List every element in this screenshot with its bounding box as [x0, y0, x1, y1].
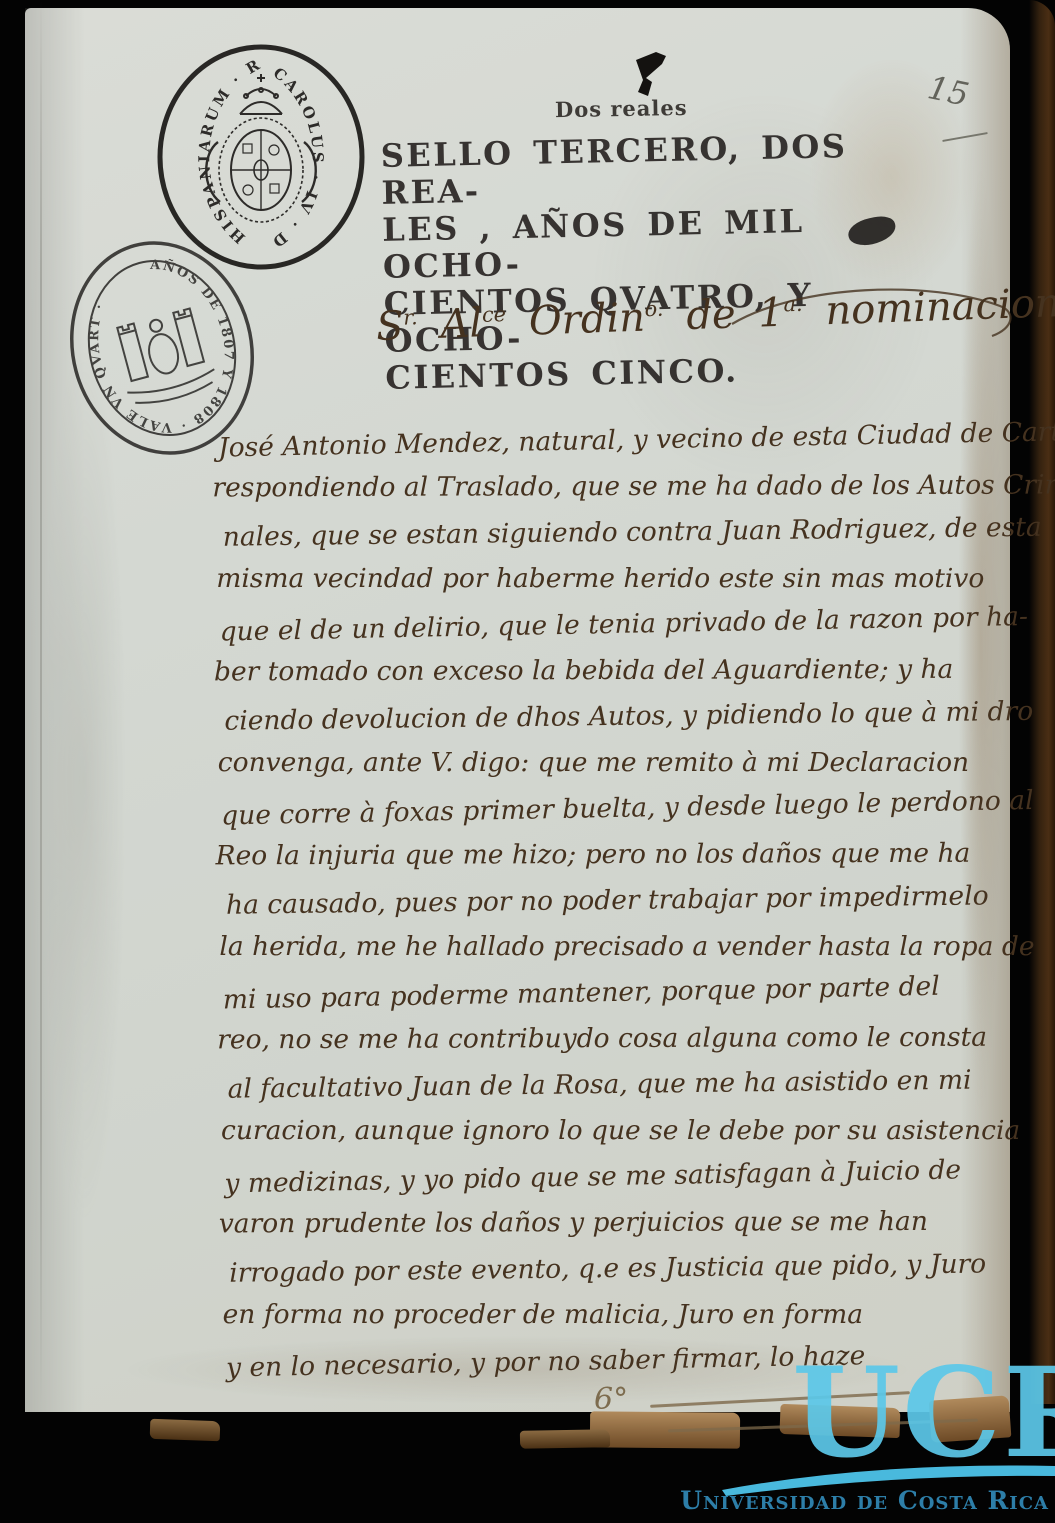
- castle-arms-icon: [111, 306, 219, 409]
- salutation-flourish: [730, 278, 1020, 348]
- scanned-manuscript-photo: CAROLUS · IV · D · G · HISPANIARUM · REX…: [0, 0, 1055, 1523]
- manuscript-line: nales, que se estan siguiendo contra Jua…: [213, 505, 1008, 561]
- manuscript-line: misma vecindad por haberme herido este s…: [213, 556, 1007, 602]
- manuscript-line: ha causado, pues por no poder trabajar p…: [216, 873, 1011, 929]
- salutation-superscript: o.: [644, 297, 664, 322]
- seal-legend-habilitation: AÑOS DE 1807 Y 1808 · VALE VN QVART ·: [68, 242, 255, 451]
- printed-header: SELLO TERCERO, DOS REA- LES , AÑOS DE MI…: [380, 126, 945, 397]
- salutation-text: Ordin: [528, 295, 646, 345]
- torn-paper-fragment: [520, 1429, 610, 1449]
- salutation-superscript: ce: [482, 302, 507, 327]
- paper-crease: [40, 0, 42, 1404]
- salutation-text: S: [375, 303, 404, 350]
- manuscript-line: la herida, me he hallado precisado a ven…: [216, 924, 1010, 970]
- closing-flourish: 6°: [594, 1382, 628, 1417]
- manuscript-line: reo, no se me ha contribuydo cosa alguna…: [217, 1015, 1011, 1064]
- institution-name: Universidad de Costa Rica: [680, 1486, 1049, 1515]
- svg-text:AÑOS DE 1807 Y 1808 · VALE VN: AÑOS DE 1807 Y 1808 · VALE VN QVART ·: [68, 242, 255, 451]
- manuscript-line: respondiendo al Traslado, que se me ha d…: [212, 463, 1006, 512]
- manuscript-body: José Antonio Mendez, natural, y vecino d…: [212, 415, 1014, 1388]
- manuscript-line: ciendo devolucion de dhos Autos, y pidie…: [214, 689, 1009, 745]
- manuscript-line: ber tomado con exceso la bebida del Agua…: [214, 647, 1008, 696]
- manuscript-line: en forma no proceder de malicia, Juro en…: [220, 1292, 1014, 1338]
- folio-number: 15: [924, 68, 972, 114]
- salutation-superscript: r.: [403, 305, 418, 329]
- ink-blot: [630, 50, 674, 102]
- manuscript-line: curacion, aunque ignoro lo que se le deb…: [218, 1108, 1012, 1154]
- printed-header-line: SELLO TERCERO, DOS REA-: [380, 126, 941, 212]
- manuscript-line: irrogado por este evento, q.e es Justici…: [219, 1241, 1014, 1297]
- torn-paper-fragment: [150, 1419, 221, 1441]
- manuscript-line: Reo la injuria que me hizo; pero no los …: [216, 831, 1010, 880]
- salutation-text: Al: [440, 300, 483, 347]
- manuscript-line: varon prudente los daños y perjuicios qu…: [219, 1199, 1013, 1248]
- manuscript-line: convenga, ante V. digo: que me remito à …: [215, 740, 1009, 786]
- manuscript-line: al facultativo Juan de la Rosa, que me h…: [217, 1057, 1012, 1113]
